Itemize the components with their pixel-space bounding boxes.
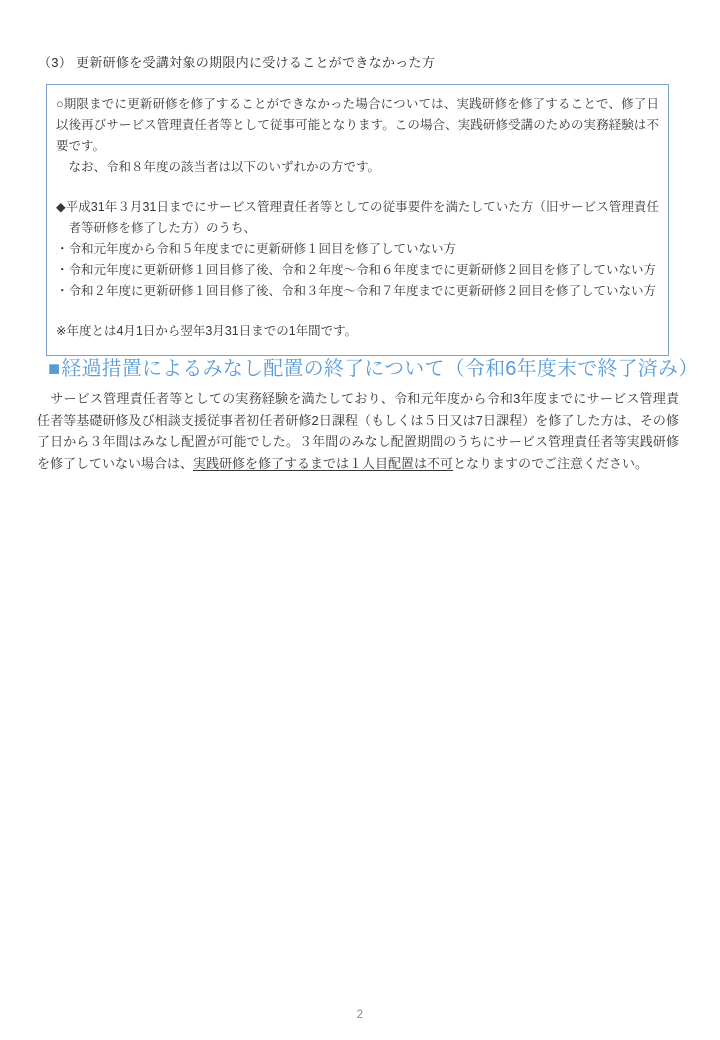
info-box-paragraph-intro: ○期限までに更新研修を修了することができなかった場合については、実践研修を修了す… (56, 94, 659, 157)
section-square-marker-icon: ■ (48, 358, 60, 380)
info-box-bullet-3: ・令和２年度に更新研修１回目修了後、令和３年度～令和７年度までに更新研修２回目を… (56, 281, 659, 302)
section-paragraph-text-end: となりますのでご注意ください。 (453, 456, 648, 471)
document-page: （3） 更新研修を受講対象の期限内に受けることができなかった方 ○期限までに更新… (0, 0, 720, 1040)
section-heading: ■経過措置によるみなし配置の終了について（令和6年度末で終了済み） (48, 352, 698, 381)
page-heading: （3） 更新研修を受講対象の期限内に受けることができなかった方 (38, 54, 435, 72)
info-box-paragraph-note: なお、令和８年度の該当者は以下のいずれかの方です。 (56, 157, 659, 178)
section-paragraph-underlined-text: 実践研修を修了するまでは１人目配置は不可 (193, 456, 453, 471)
section-paragraph: サービス管理責任者等としての実務経験を満たしており、令和元年度から令和3年度まで… (37, 388, 679, 474)
info-box-bullet-1: ・令和元年度から令和５年度までに更新研修１回目を修了していない方 (56, 239, 659, 260)
info-box-footnote: ※年度とは4月1日から翌年3月31日までの1年間です。 (56, 321, 659, 342)
section-heading-text: 経過措置によるみなし配置の終了について（令和6年度末で終了済み） (61, 358, 698, 380)
info-box-paragraph-condition: ◆平成31年３月31日までにサービス管理責任者等としての従事要件を満たしていた方… (56, 197, 659, 239)
info-box-bullet-2: ・令和元年度に更新研修１回目修了後、令和２年度～令和６年度までに更新研修２回目を… (56, 260, 659, 281)
info-box: ○期限までに更新研修を修了することができなかった場合については、実践研修を修了す… (46, 84, 669, 356)
page-number: 2 (0, 1009, 720, 1021)
